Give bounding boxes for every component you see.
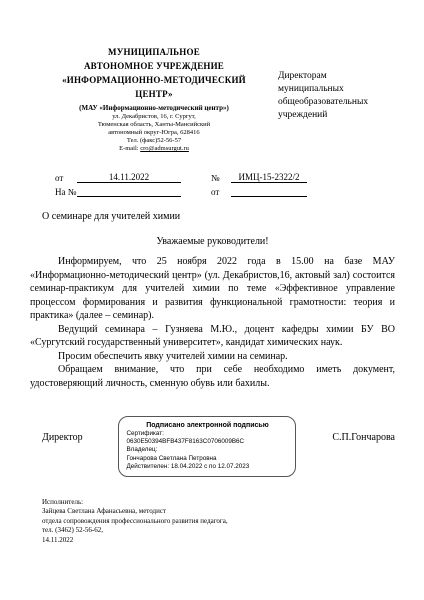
footer-line: Зайцева Светлана Афанасьевна, методист xyxy=(42,507,228,516)
addressee-line: Директорам xyxy=(278,70,395,83)
org-phone-line: Тел. (факс)52-56-57 xyxy=(30,137,278,145)
email-label: E-mail: xyxy=(119,145,139,152)
ref-reply-label: На № xyxy=(55,187,77,197)
ref-from-label: от xyxy=(55,173,77,183)
footer-line: 14.11.2022 xyxy=(42,536,228,545)
letter-header: МУНИЦИПАЛЬНОЕ АВТОНОМНОЕ УЧРЕЖДЕНИЕ «ИНФ… xyxy=(30,45,395,153)
stamp-owner-value: Гончарова Светлана Петровна xyxy=(126,455,288,463)
stamp-title: Подписано электронной подписью xyxy=(126,421,288,430)
org-name-line: АВТОНОМНОЕ УЧРЕЖДЕНИЕ xyxy=(30,59,278,73)
addressee-line: общеобразовательных xyxy=(278,96,395,109)
reference-row-incoming: На № от xyxy=(55,183,395,197)
org-name-line: МУНИЦИПАЛЬНОЕ xyxy=(30,45,278,59)
letter-subject: О семинаре для учителей химии xyxy=(42,211,395,222)
body-paragraph: Просим обеспечить явку учителей химии на… xyxy=(30,350,395,364)
footer-line: отдела сопровождения профессионального р… xyxy=(42,517,228,526)
ref-number-field: ИМЦ-15-2322/2 xyxy=(231,172,307,183)
stamp-cert-label: Сертификат: xyxy=(126,430,288,438)
signer-name: С.П.Гончарова xyxy=(332,432,395,443)
org-name-line: ЦЕНТР» xyxy=(30,87,278,101)
org-email-line: E-mail: cro@admsurgut.ru xyxy=(30,145,278,153)
executor-footer: Исполнитель: Зайцева Светлана Афанасьевн… xyxy=(42,498,228,545)
signer-position: Директор xyxy=(42,432,83,443)
org-address-line: автономный округ-Югра, 628416 xyxy=(30,129,278,137)
ref-number-label: № xyxy=(211,173,231,183)
body-paragraph: Обращаем внимание, что при себе необходи… xyxy=(30,363,395,390)
addressee-block: Директорам муниципальных общеобразовател… xyxy=(278,70,395,153)
footer-line: тел. (3462) 52-56-62, xyxy=(42,526,228,535)
org-short-name: (МАУ «Информационно-методический центр») xyxy=(30,104,278,113)
org-address-line: ул. Декабристов, 16, г. Сургут, xyxy=(30,113,278,121)
ref-reply-date-field xyxy=(231,196,307,197)
body-paragraph: Ведущий семинара – Гузняева М.Ю., доцент… xyxy=(30,323,395,350)
letterhead-org-block: МУНИЦИПАЛЬНОЕ АВТОНОМНОЕ УЧРЕЖДЕНИЕ «ИНФ… xyxy=(30,45,278,153)
signature-row: Директор Подписано электронной подписью … xyxy=(30,416,395,477)
footer-line: Исполнитель: xyxy=(42,498,228,507)
org-name-line: «ИНФОРМАЦИОННО-МЕТОДИЧЕСКИЙ xyxy=(30,73,278,87)
ref-date-field: 14.11.2022 xyxy=(77,172,181,183)
salutation: Уважаемые руководители! xyxy=(30,236,395,247)
email-link[interactable]: cro@admsurgut.ru xyxy=(140,145,189,152)
reference-block: от 14.11.2022 № ИМЦ-15-2322/2 На № от xyxy=(55,169,395,197)
stamp-validity: Действителен: 18.04.2022 с по 12.07.2023 xyxy=(126,463,288,471)
addressee-line: муниципальных xyxy=(278,83,395,96)
ref-reply-number-field xyxy=(77,196,181,197)
reference-row-outgoing: от 14.11.2022 № ИМЦ-15-2322/2 xyxy=(55,169,395,183)
addressee-line: учреждений xyxy=(278,109,395,122)
stamp-owner-label: Владелец: xyxy=(126,446,288,454)
letter-page: МУНИЦИПАЛЬНОЕ АВТОНОМНОЕ УЧРЕЖДЕНИЕ «ИНФ… xyxy=(0,0,424,600)
letter-body: Информируем, что 25 ноября 2022 года в 1… xyxy=(30,255,395,390)
ref-reply-from-label: от xyxy=(211,187,231,197)
digital-signature-stamp: Подписано электронной подписью Сертифика… xyxy=(118,416,296,477)
stamp-cert-value: 0630E50394BFB437F8163C0706009B6C xyxy=(126,438,288,446)
org-address-line: Тюменская область, Ханты-Мансийский xyxy=(30,121,278,129)
body-paragraph: Информируем, что 25 ноября 2022 года в 1… xyxy=(30,255,395,323)
